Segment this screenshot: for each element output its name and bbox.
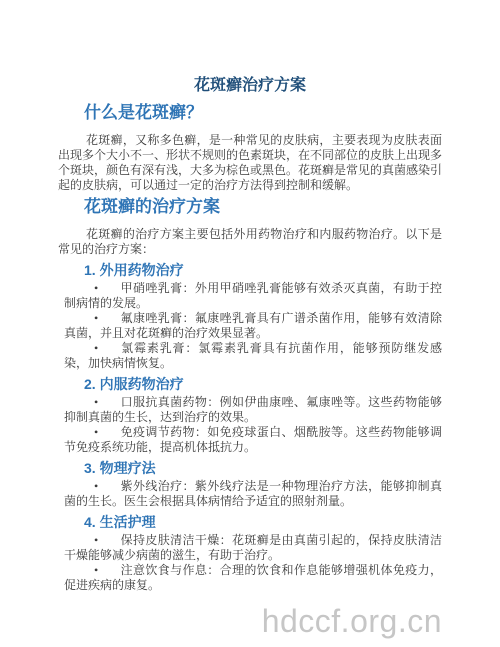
bullet-icon: •	[64, 479, 120, 493]
bullet-icon: •	[64, 311, 120, 325]
subsection-heading: 3. 物理疗法	[58, 461, 442, 476]
bullet-icon: •	[64, 563, 120, 577]
bullet-icon: •	[64, 425, 120, 439]
subsection-heading: 4. 生活护理	[58, 515, 442, 530]
section-heading: 什么是花斑癣？	[58, 103, 442, 123]
bullet-item: •保持皮肤清洁干燥：花斑癣是由真菌引起的，保持皮肤清洁干燥能够减少病菌的滋生，有…	[64, 533, 442, 563]
subsection-heading: 1. 外用药物治疗	[58, 263, 442, 278]
bullet-item: •甲硝唑乳膏：外用甲硝唑乳膏能够有效杀灭真菌，有助于控制病情的发展。	[64, 281, 442, 311]
bullet-item: •氯霉素乳膏：氯霉素乳膏具有抗菌作用，能够预防继发感染，加快病情恢复。	[64, 341, 442, 371]
bullet-item: •免疫调节药物：如免疫球蛋白、烟酰胺等。这些药物能够调节免疫系统功能，提高机体抵…	[64, 425, 442, 455]
bullet-icon: •	[64, 533, 120, 547]
bullet-icon: •	[64, 281, 120, 295]
bullet-text: 注意饮食与作息：合理的饮食和作息能够增强机体免疫力，促进疾病的康复。	[64, 563, 442, 592]
bullet-text: 保持皮肤清洁干燥：花斑癣是由真菌引起的，保持皮肤清洁干燥能够减少病菌的滋生，有助…	[64, 533, 442, 562]
subsection-heading: 2. 内服药物治疗	[58, 377, 442, 392]
bullet-item: •口服抗真菌药物：例如伊曲康唑、氟康唑等。这些药物能够抑制真菌的生长，达到治疗的…	[64, 395, 442, 425]
document-page: 花斑癣治疗方案 什么是花斑癣？花斑癣，又称多色癣，是一种常见的皮肤病，主要表现为…	[0, 0, 500, 647]
paragraph: 花斑癣，又称多色癣，是一种常见的皮肤病，主要表现为皮肤表面出现多个大小不一、形状…	[58, 133, 442, 193]
bullet-text: 氯霉素乳膏：氯霉素乳膏具有抗菌作用，能够预防继发感染，加快病情恢复。	[64, 341, 442, 370]
bullet-text: 氟康唑乳膏：氟康唑乳膏具有广谱杀菌作用，能够有效清除真菌，并且对花斑癣的治疗效果…	[64, 311, 442, 340]
bullet-icon: •	[64, 395, 120, 409]
bullet-item: •紫外线治疗：紫外线疗法是一种物理治疗方法，能够抑制真菌的生长。医生会根据具体病…	[64, 479, 442, 509]
bullet-text: 免疫调节药物：如免疫球蛋白、烟酰胺等。这些药物能够调节免疫系统功能，提高机体抵抗…	[64, 425, 442, 454]
bullet-text: 甲硝唑乳膏：外用甲硝唑乳膏能够有效杀灭真菌，有助于控制病情的发展。	[64, 281, 442, 310]
bullet-item: •氟康唑乳膏：氟康唑乳膏具有广谱杀菌作用，能够有效清除真菌，并且对花斑癣的治疗效…	[64, 311, 442, 341]
section-heading: 花斑癣的治疗方案	[58, 197, 442, 217]
paragraph: 花斑癣的治疗方案主要包括外用药物治疗和内服药物治疗。以下是常见的治疗方案：	[58, 227, 442, 257]
watermark-text: hdccf.org.cn	[58, 603, 442, 639]
bullet-icon: •	[64, 341, 120, 355]
document-sections: 什么是花斑癣？花斑癣，又称多色癣，是一种常见的皮肤病，主要表现为皮肤表面出现多个…	[58, 103, 442, 593]
page-title: 花斑癣治疗方案	[58, 77, 442, 94]
bullet-text: 紫外线治疗：紫外线疗法是一种物理治疗方法，能够抑制真菌的生长。医生会根据具体病情…	[64, 479, 442, 508]
bullet-text: 口服抗真菌药物：例如伊曲康唑、氟康唑等。这些药物能够抑制真菌的生长，达到治疗的效…	[64, 395, 442, 424]
bullet-item: •注意饮食与作息：合理的饮食和作息能够增强机体免疫力，促进疾病的康复。	[64, 563, 442, 593]
